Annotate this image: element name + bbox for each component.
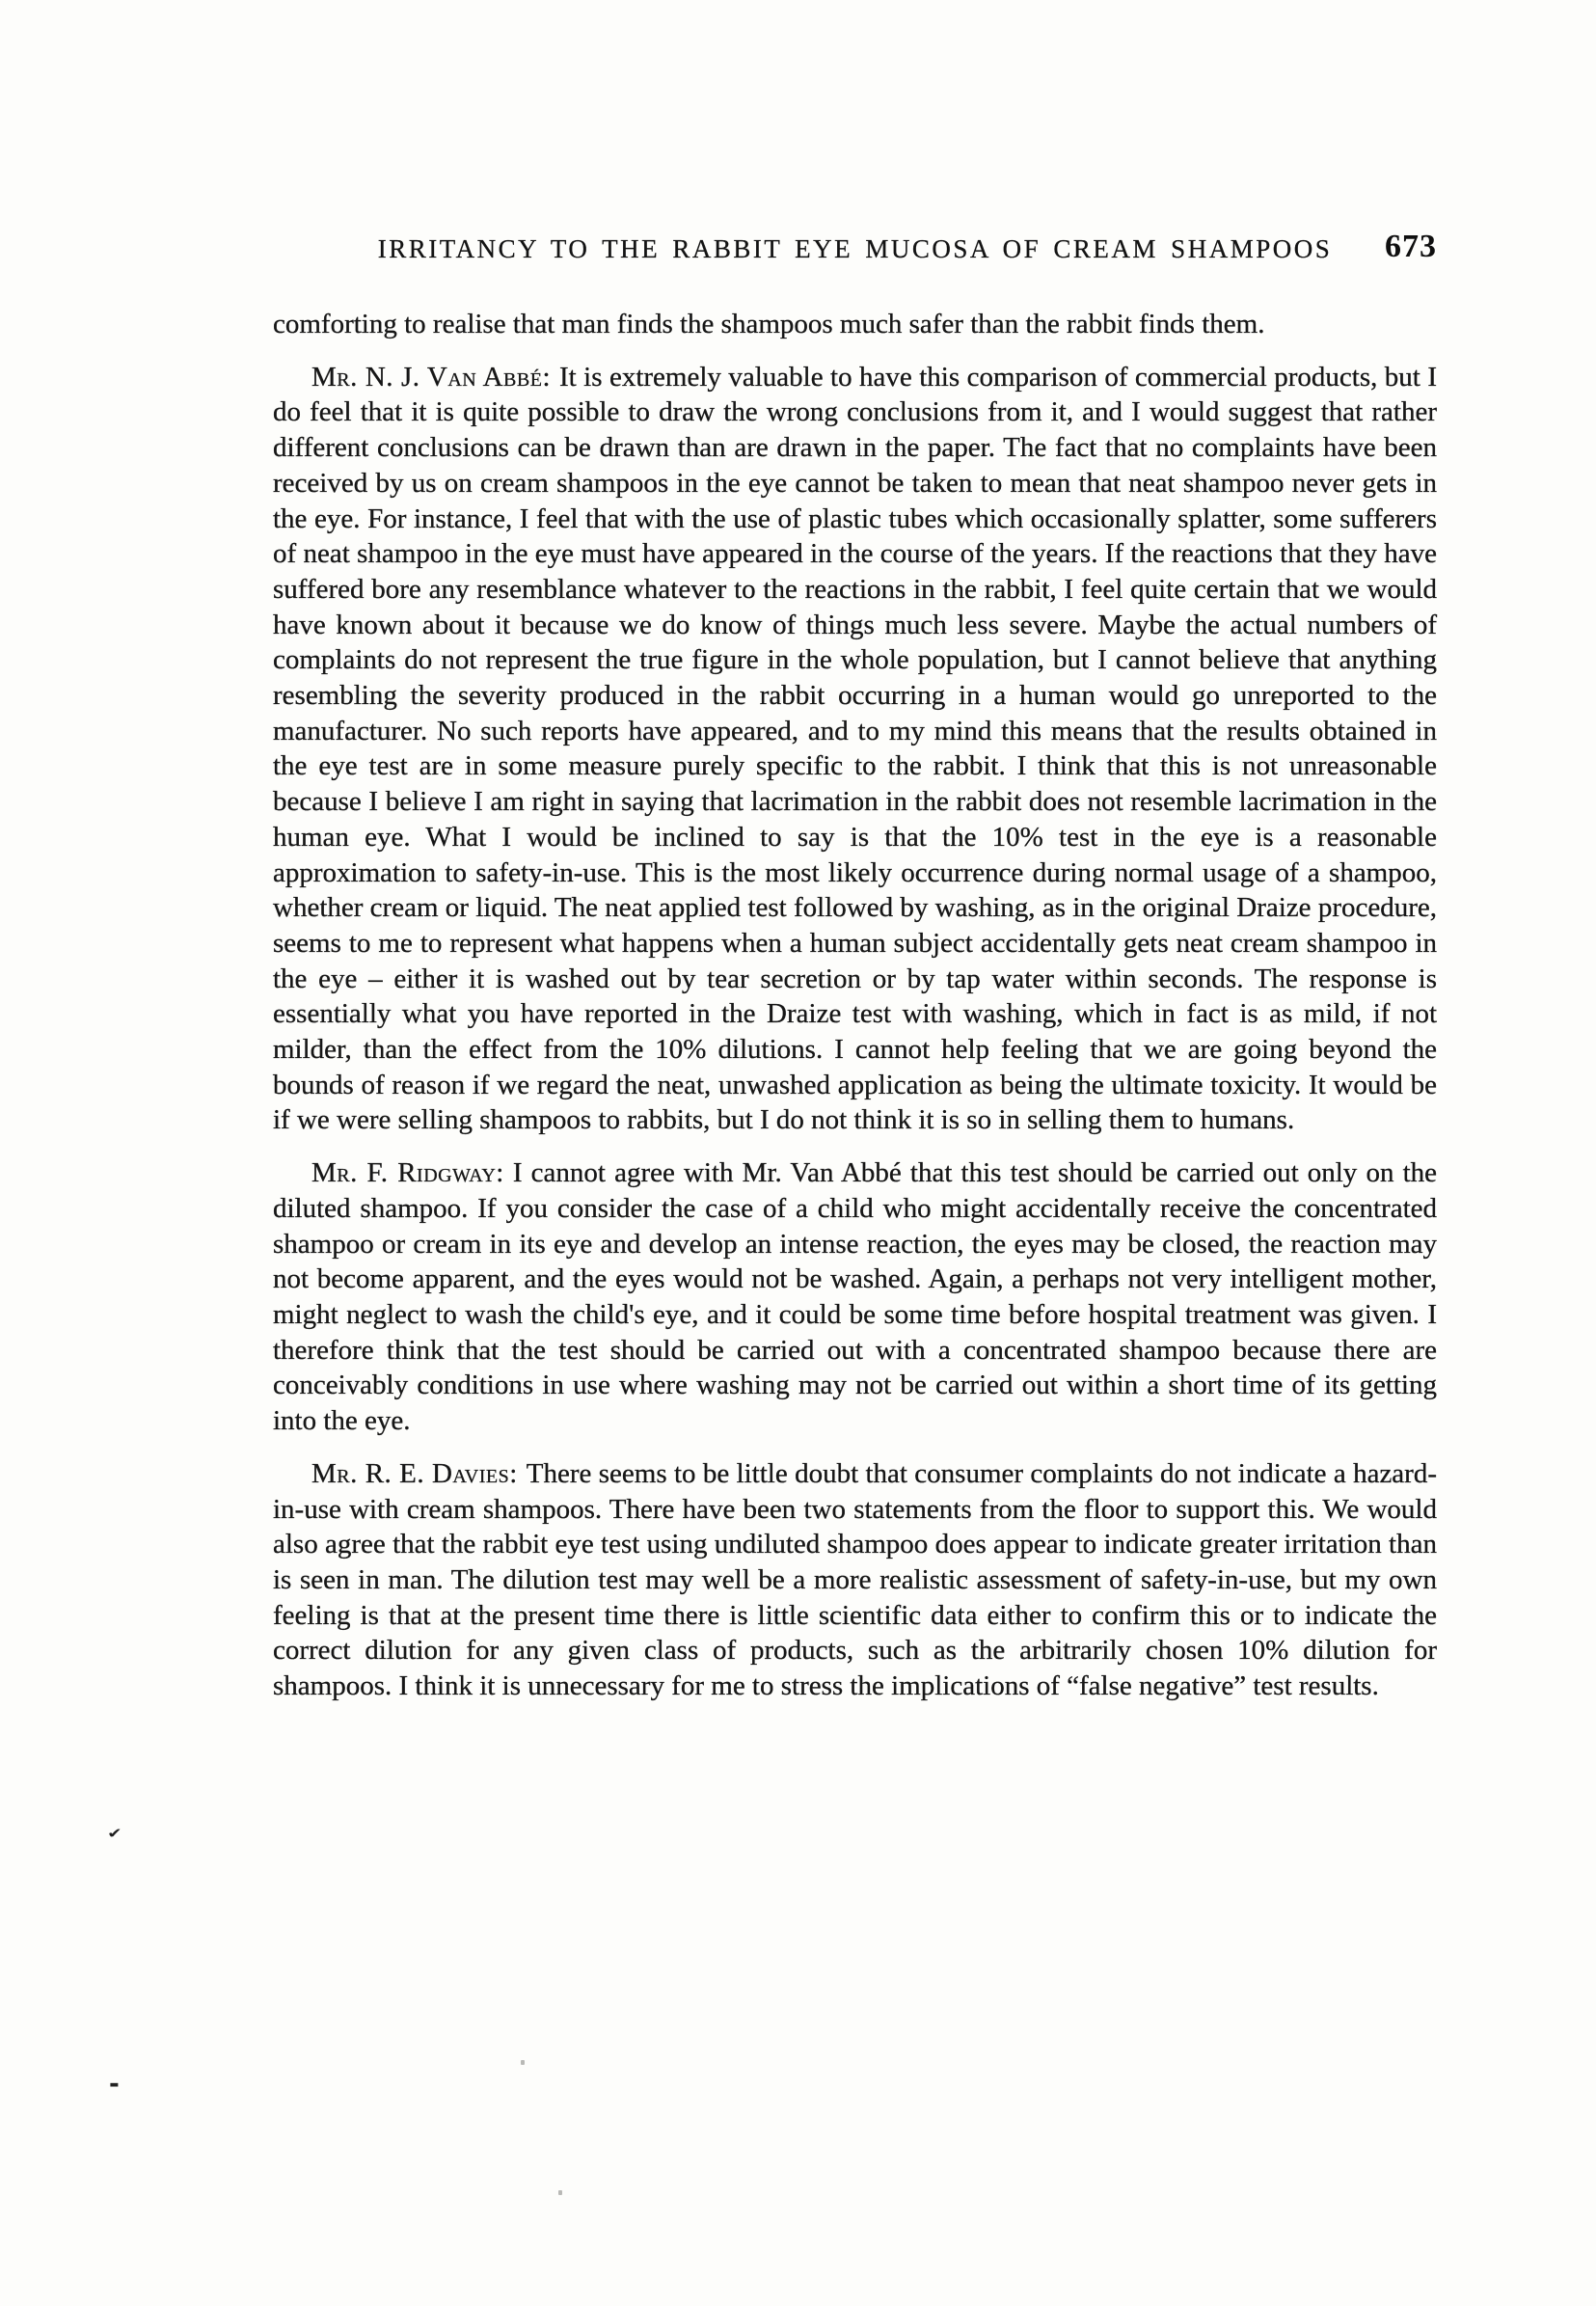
speaker-van-abbe: Mr. N. J. Van Abbé: [311, 362, 551, 393]
paragraph-van-abbe-text: It is extremely valuable to have this co… [273, 362, 1437, 1136]
scanned-journal-page: IRRITANCY TO THE RABBIT EYE MUCOSA OF CR… [0, 0, 1596, 2306]
running-head-title: IRRITANCY TO THE RABBIT EYE MUCOSA OF CR… [273, 234, 1437, 264]
page-number: 673 [1385, 229, 1437, 265]
pen-checkmark-icon: ✔ [106, 1826, 122, 1842]
paragraph-ridgway-text: I cannot agree with Mr. Van Abbé that th… [273, 1157, 1437, 1436]
paragraph-continuation: comforting to realise that man finds the… [273, 307, 1437, 342]
running-head: IRRITANCY TO THE RABBIT EYE MUCOSA OF CR… [273, 234, 1437, 273]
scan-speck [558, 2190, 562, 2195]
discussion-text-column: comforting to realise that man finds the… [273, 307, 1437, 1704]
paragraph-van-abbe: Mr. N. J. Van Abbé:It is extremely valua… [273, 360, 1437, 1138]
paragraph-ridgway: Mr. F. Ridgway:I cannot agree with Mr. V… [273, 1155, 1437, 1439]
paragraph-davies: Mr. R. E. Davies:There seems to be littl… [273, 1456, 1437, 1704]
paragraph-continuation-text: comforting to realise that man finds the… [273, 309, 1264, 339]
speaker-davies: Mr. R. E. Davies: [311, 1458, 518, 1489]
paragraph-davies-text: There seems to be little doubt that cons… [273, 1458, 1437, 1701]
speaker-ridgway: Mr. F. Ridgway: [311, 1157, 504, 1188]
scan-speck [521, 2060, 525, 2065]
pen-dash-icon: - [109, 2070, 120, 2099]
